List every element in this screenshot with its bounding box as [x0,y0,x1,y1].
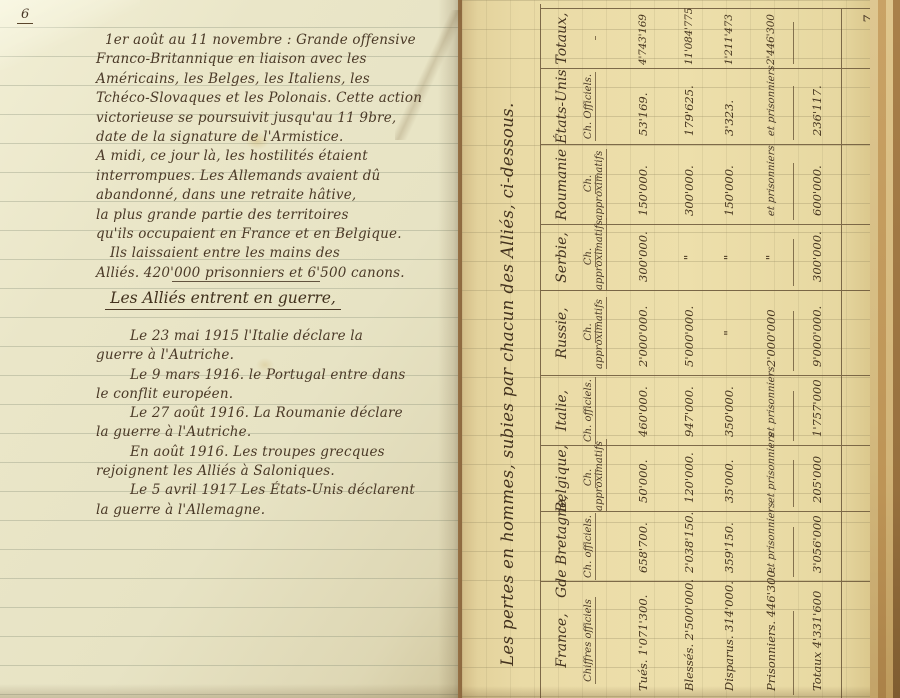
table-cell: 359'150. [709,512,749,581]
table-cell-note: et prisonniers [749,510,793,584]
table-cell-ditto: " [709,225,749,290]
table-cell-grand-total: 2'446'300 [749,9,793,68]
totals-label: Totaux, [541,9,583,68]
table-cell-total: 9'000'000. [793,291,842,375]
table-column-serbie: Serbie, Ch. approximatifs 300'000. " " "… [541,224,871,290]
table-cell-total: 1'757'000 [793,376,842,445]
figures-note: Ch. officiels. [583,512,617,581]
table-cell-ditto: " [669,225,709,290]
manuscript-line: Le 5 avril 1917 Les États-Unis déclarent [96,481,415,500]
table-column-roumanie: Roumanie Ch. approximatifs 150'000. 300'… [541,144,871,224]
table-cell-grand-total: 4'743'169 [617,9,669,68]
page-edge [870,0,878,698]
country-label: Serbie, [541,225,583,290]
table-cell: 53'169. [617,69,669,144]
table-column-totaux: Totaux, 4'743'169 11'084'775 1'211'473 2… [541,8,871,68]
figures-note [583,9,617,68]
table-cell: 150'000. [709,145,749,224]
table-column-etats-unis: États-Unis Ch. Officiels. 53'169. 179'62… [541,68,871,144]
table-cell: 35'000. [709,446,749,511]
country-label: Belgique, [541,446,583,511]
table-column-belgique: Belgique, Ch. approximatifs 50'000. 120'… [541,445,871,511]
table-cell-ditto: " [709,291,749,375]
manuscript-line: la guerre à l'Allemagne. [96,501,415,520]
notebook-scan: { "page_numbers": { "left": "6", "right"… [0,0,900,698]
country-label: Roumanie [541,145,583,224]
table-cell: 150'000. [617,145,669,224]
table-cell-total: 205'000 [793,446,842,511]
figures-note: Ch. approximatifs [583,225,617,290]
table-cell: 2'000'000 [749,291,793,375]
manuscript-line: rejoignent les Alliés à Saloniques. [96,462,415,481]
table-cell-grand-total: 11'084'775 [669,9,709,68]
table-column-gde-bretagne: Gde Bretagne, Ch. officiels. 658'700. 2'… [541,511,871,581]
table-cell: 300'000. [617,225,669,290]
table-cell-note: et prisonniers [749,374,793,448]
manuscript-line: la guerre à l'Autriche. [96,423,415,442]
table-cell: 460'000. [617,376,669,445]
table-cell: 947'000. [669,376,709,445]
table-cell-total: 600'000. [793,145,842,224]
table-cell: 300'000. [669,145,709,224]
manuscript-line: En août 1916. Les troupes grecques [96,443,415,462]
table-cell: 2'038'150. [669,512,709,581]
manuscript-line: interrompues. Les Allemands avaient dû [96,167,422,186]
manuscript-line: Américains, les Belges, les Italiens, le… [96,70,422,89]
paragraph-armistice: 1er août au 11 novembre : Grande offensi… [96,31,422,283]
table-cell-total: 236'117. [793,69,842,144]
figures-note: Ch. approximatifs [583,291,617,375]
country-label: Italie, [541,376,583,445]
manuscript-line: Ils laissaient entre les mains des [96,244,422,263]
table-cell: 50'000. [617,446,669,511]
table-cell: 2'000'000. [617,291,669,375]
page-number-left: 6 [17,7,33,24]
table-cell-note: et prisonniers [749,444,793,514]
table-cell-total: Totaux 4'331'600 [793,582,842,698]
table-cell-note: et prisonniers [749,67,793,147]
manuscript-line: victorieuse se poursuivit jusqu'au 11 9b… [96,109,422,128]
country-label: Gde Bretagne, [541,512,583,581]
figures-note: Chiffres officiels [583,582,617,698]
left-page: 6 1er août au 11 novembre : Grande offen… [0,0,458,698]
table-cell: Tués. 1'071'300. [617,582,669,698]
manuscript-line: A midi, ce jour là, les hostilités étaie… [96,147,422,166]
section-divider-line [172,281,320,282]
manuscript-line: date de la signature de l'Armistice. [96,128,422,147]
table-cell: Blessés. 2'500'000. [669,582,709,698]
manuscript-line: qu'ils occupaient en France et en Belgiq… [96,225,422,244]
manuscript-line: Franco-Britannique en liaison avec les [96,50,422,69]
page-shadow [0,684,458,698]
page-edge-stack [870,0,900,698]
losses-table: France, Chiffres officiels Tués. 1'071'3… [540,4,872,698]
table-cell-grand-total [793,9,842,68]
figures-note: Ch. officiels. [583,376,617,445]
manuscript-line: abandonné, dans une retraite hâtive, [96,186,422,205]
table-column-france: France, Chiffres officiels Tués. 1'071'3… [541,581,871,698]
manuscript-line: Le 9 mars 1916. le Portugal entre dans [96,366,415,385]
table-cell-total: 300'000. [793,225,842,290]
page-edge [893,0,900,698]
table-cell-grand-total: 1'211'473 [709,9,749,68]
figures-note: Ch. approximatifs [583,446,617,511]
manuscript-line: le conflit européen. [96,385,415,404]
page-edge [878,0,886,698]
losses-table-title: Les pertes en hommes, subies par chacun … [486,54,532,666]
table-cell: 120'000. [669,446,709,511]
war-entries-list: Le 23 mai 1915 l'Italie déclare la guerr… [96,327,415,520]
manuscript-line: guerre à l'Autriche. [96,346,415,365]
manuscript-line: Le 27 août 1916. La Roumanie déclare [96,404,415,423]
manuscript-line: Le 23 mai 1915 l'Italie déclare la [96,327,415,346]
manuscript-line: Tchéco-Slovaques et les Polonais. Cette … [96,89,422,108]
manuscript-line: 1er août au 11 novembre : Grande offensi… [96,31,422,50]
table-cell: 3'323. [709,69,749,144]
page-edge [886,0,893,698]
table-cell-ditto: " [749,225,793,290]
table-cell-total: 3'056'000 [793,512,842,581]
manuscript-line: la plus grande partie des territoires [96,206,422,225]
table-cell: 658'700. [617,512,669,581]
figures-note: Ch. Officiels. [583,69,617,144]
table-cell-note: et prisonniers [749,143,793,227]
table-cell: 179'625. [669,69,709,144]
table-cell: Prisonniers. 446'300. [749,582,793,698]
country-label: France, [541,582,583,698]
table-column-russie: Russie, Ch. approximatifs 2'000'000. 5'0… [541,290,871,375]
table-column-italie: Italie, Ch. officiels. 460'000. 947'000.… [541,375,871,445]
section-heading: Les Alliés entrent en guerre, [0,289,446,307]
table-cell: 5'000'000. [669,291,709,375]
page-shadow [462,686,870,698]
country-label: Russie, [541,291,583,375]
table-cell: Disparus. 314'000. [709,582,749,698]
figures-note: Ch. approximatifs [583,145,617,224]
table-cell: 350'000. [709,376,749,445]
country-label: États-Unis [541,69,583,144]
